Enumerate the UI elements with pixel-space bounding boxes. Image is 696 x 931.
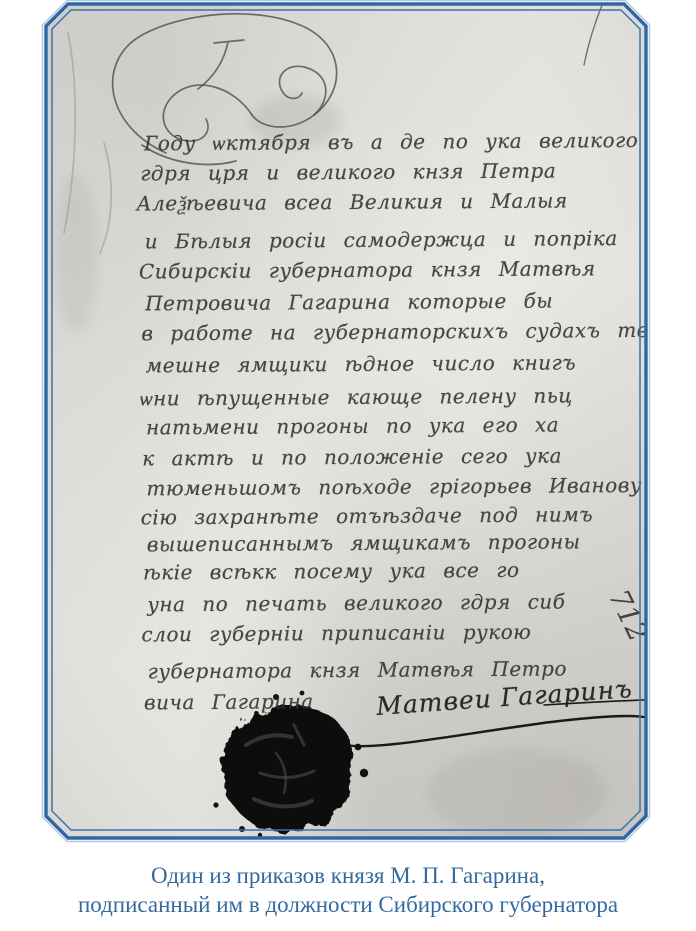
caption-line-1: Один из приказов князя М. П. Гагарина,: [0, 861, 696, 890]
manuscript-line: слои губерніи приписаніи рукою: [141, 620, 531, 647]
manuscript-line: Алеѯѣевича всеа Великия и Малыя: [136, 188, 567, 216]
manuscript-line: Петровича Гагарина которые бы: [145, 289, 553, 316]
caption: Один из приказов князя М. П. Гагарина, п…: [0, 861, 696, 919]
manuscript-line: мешне ямщики ѣдное число книгъ: [146, 350, 577, 377]
manuscript-line: губернатора кнзя Матвѣя Петро: [148, 656, 567, 683]
document-photo: Году ѡктября въ а де по ука великого гдр…: [46, 3, 646, 839]
manuscript-line: вича Гагарина: [144, 689, 314, 714]
manuscript-line: гдря цря и великого кнзя Петра: [140, 159, 556, 186]
manuscript-line: и Бѣлыя росіи самодержца и попріка: [145, 226, 618, 253]
manuscript-line: в работе на губернаторскихъ судахъ тв: [141, 318, 649, 346]
manuscript-line: к актѣ и по положеніе сего ука: [142, 443, 562, 470]
manuscript-line: Сибирскіи губернатора кнзя Матвѣя: [139, 256, 596, 283]
document-figure: Году ѡктября въ а де по ука великого гдр…: [0, 0, 696, 931]
manuscript-line: вышеписаннымъ ямщикамъ прогоны: [147, 529, 581, 556]
manuscript-text: Году ѡктября въ а де по ука великого гдр…: [43, 1, 649, 841]
caption-line-2: подписанный им в должности Сибирского гу…: [0, 890, 696, 919]
manuscript-line: уна по печать великого гдря сиб: [147, 589, 565, 616]
manuscript-line: ѣкіе всѣкк посему ука все го: [143, 558, 520, 585]
manuscript-line: ѡни ѣпущенные кающе пелену пьц: [140, 383, 573, 411]
manuscript-line: тюменьшомъ поѣходе грігорьев Иванову: [146, 473, 642, 500]
manuscript-line: натьмени прогоны по ука его ха: [146, 413, 559, 440]
manuscript-line: Году ѡктября въ а де по ука великого: [144, 128, 638, 156]
manuscript-line: сію захранѣте отъѣздаче под нимъ: [141, 502, 594, 529]
